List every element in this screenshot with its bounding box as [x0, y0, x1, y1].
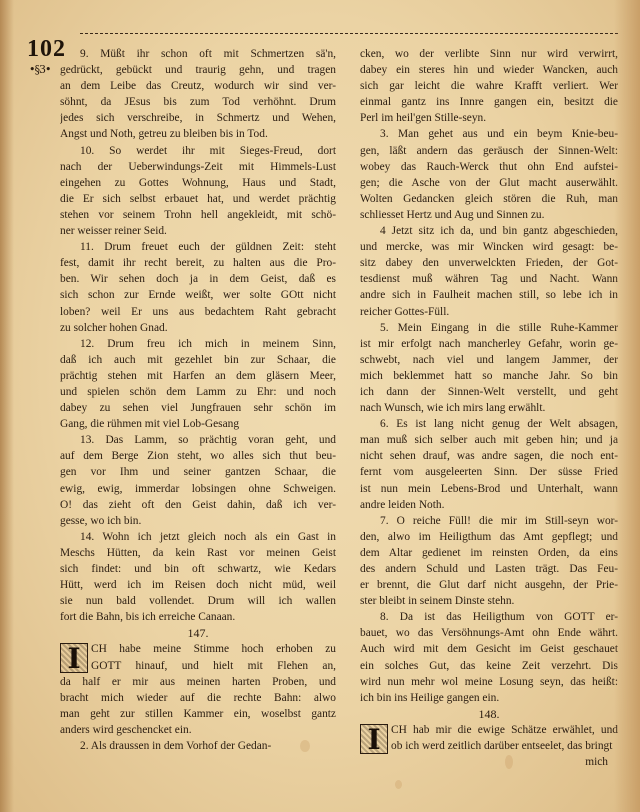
text-line: wobey das Rauch-Werck thut ohn End aufst… [360, 159, 618, 175]
text-line: Auch wird mit dem Gesicht im Geist gesch… [360, 641, 618, 657]
text-line: bauet, wo das Versöhnungs-Amt ohn Ende w… [360, 625, 618, 641]
text-line: und mercke, was mir Wincken wird gesagt:… [360, 239, 618, 255]
text-line: Hütt, werd ich im Reisen doch nicht müd,… [60, 577, 336, 593]
text-line: andre sich in Faulheit machen still, so … [360, 287, 618, 303]
text-line: zu solcher hohen Gnad. [60, 320, 336, 336]
text-line: cken, wo der verlibte Sinn nur wird verw… [360, 46, 618, 62]
text-line: söhnt, da JEsus bis zum Tod verhöhnt. Dr… [60, 94, 336, 110]
left-column: 9. Müßt ihr schon oft mit Schmertzen sä'… [60, 46, 336, 754]
text-line: gen vor Ihm und seiner gantzen Schaar, d… [60, 464, 336, 480]
text-line: des andern Schuld und Lasten trägt. Das … [360, 561, 618, 577]
verse-start-line: 10. So werdet ihr mit Sieges-Freud, dort [60, 143, 336, 159]
text-line: da half er mir aus meinen harten Proben,… [60, 674, 336, 690]
text-line: mich beklemmet hatt so manche Jahr. So b… [360, 368, 618, 384]
text-line: sich findet: und bin oft schwartz, wie K… [60, 561, 336, 577]
text-line: den, alwo im Heiligthum das Amt gepflegt… [360, 529, 618, 545]
text-line: dabey ein steres hin und wieder Wancken,… [360, 62, 618, 78]
text-line: an dem Leibe das Creutz, wodurch wir sin… [60, 78, 336, 94]
text-line: Angst und Noth, getreu zu bleiben bis in… [60, 126, 336, 142]
text-line: man muß sich selber auch mit geben hin; … [360, 432, 618, 448]
text-line: ein solches Gut, das keine Zeit verzehrt… [360, 658, 618, 674]
verse-start-line: 3. Man gehet aus und ein beym Knie-beu- [360, 126, 618, 142]
text-line: 2. Als draussen in dem Vorhof der Gedan- [60, 738, 336, 754]
text-line: Perl im heil'gen Stille-seyn. [360, 110, 618, 126]
right-column: cken, wo der verlibte Sinn nur wird verw… [360, 46, 618, 770]
text-line: auf dem Berge Zion steht, wo alles sich … [60, 448, 336, 464]
text-line: reicher Gottes-Füll. [360, 304, 618, 320]
text-line: man geht zur stillen Kammer ein, woselbs… [60, 706, 336, 722]
text-line: anders wird geschencket ein. [60, 722, 336, 738]
text-line: gesse, wo ich bin. [60, 513, 336, 529]
text-line: ich bin ins Heilige gangen ein. [360, 690, 618, 706]
text-line: O! das zieht oft den Geist dahin, daß ic… [60, 497, 336, 513]
text-line: sitz dabey den unverwelckten Frieden, de… [360, 255, 618, 271]
text-line: schliesset Hertz und Aug und Sinnen zu. [360, 207, 618, 223]
catchword: mich [360, 754, 618, 770]
verse-start-line: 13. Das Lamm, so prächtig voran geht, un… [60, 432, 336, 448]
text-line: gen; die Asche von der Glut macht auserw… [360, 175, 618, 191]
text-line: prächtig stehen mit Harfen an dem gläser… [60, 368, 336, 384]
book-page: 102 •§3• 9. Müßt ihr schon oft mit Schme… [0, 0, 640, 812]
hymn-first-line: CH habe meine Stimme hoch erhoben zu [91, 641, 336, 657]
verse-start-line: 6. Es ist lang nicht genug der Welt absa… [360, 416, 618, 432]
text-line: bracht mich wieder auf die rechte Bahn: … [60, 690, 336, 706]
text-line: sie nun bald vollendet. Drum will ich wa… [60, 593, 336, 609]
text-line: schwebt, nach viel und langem Jammer, de… [360, 352, 618, 368]
text-line: sich gar leicht die wahre Krafft verlier… [360, 78, 618, 94]
ornament-icon: •§3• [29, 63, 50, 76]
text-line: gen, läßt andern das geräusch der Sinnen… [360, 143, 618, 159]
text-line: gedrückt, gebückt und traurig gehn, und … [60, 62, 336, 78]
verse-start-line: 8. Da ist das Heiligthum von GOTT er- [360, 609, 618, 625]
hymn-number: 148. [360, 706, 618, 722]
verse-start-line: 4 Jetzt sitz ich da, und bin gantz abges… [360, 223, 618, 239]
text-line: loben? weil Er uns aus bedachtem Raht ge… [60, 304, 336, 320]
text-line: ster bleibt in seinem Dinste stehn. [360, 593, 618, 609]
text-line: fest, damit ihr recht bereit, zu halten … [60, 255, 336, 271]
text-line: tesdienst muß währen Tag und Nacht. Wann [360, 271, 618, 287]
verse-start-line: 5. Mein Eingang in die stille Ruhe-Kamme… [360, 320, 618, 336]
verse-start-line: 9. Müßt ihr schon oft mit Schmertzen sä'… [60, 46, 336, 62]
text-line: ist mir erfolgt nach mancherley Gefahr, … [360, 336, 618, 352]
text-line: fernt vom ausgeleerten Sinn. Der süsse F… [360, 464, 618, 480]
text-line: ewig, ewig, immerdar lobsingen ohne Schw… [60, 481, 336, 497]
verse-start-line: 7. O reiche Füll! die mir im Still-seyn … [360, 513, 618, 529]
text-line: er brennt, die Glut darf nicht ausgehn, … [360, 577, 618, 593]
text-line: sich schon zur Ernde weißt, wer solte GO… [60, 287, 336, 303]
text-line: fort die Bahn, bis ich erreiche Canaan. [60, 609, 336, 625]
decorated-initial-icon: I [360, 724, 388, 754]
verse-start-line: 12. Drum freu ich mich in meinem Sinn, [60, 336, 336, 352]
decorated-initial-icon: I [60, 643, 88, 673]
text-line: andre leiden Noth. [360, 497, 618, 513]
text-line: ist nun mein Lebens-Brod und Unterhalt, … [360, 481, 618, 497]
text-line: ich dann der Sinnen-Welt verstellt, und … [360, 384, 618, 400]
text-line: nach Wunsch, wie ich mirs lang erwählt. [360, 400, 618, 416]
hymn-number: 147. [60, 625, 336, 641]
paper-stain [395, 780, 402, 789]
text-line: die Er sich selbst erbauet hat, und werd… [60, 191, 336, 207]
text-line: nicht sehen drauf, was andre sagen, die … [360, 448, 618, 464]
text-line: und spielen schön dem Lamm zu Ehr: und n… [60, 384, 336, 400]
header-rule [80, 33, 618, 34]
verse-start-line: 14. Wohn ich jetzt gleich noch als ein G… [60, 529, 336, 545]
text-line: ben. Wir sehen doch ja in dem Geist, daß… [60, 271, 336, 287]
text-line: nach der Ueberwindungs-Zeit mit Himmels-… [60, 159, 336, 175]
text-line: eingehen zu Gottes Wohnung, Haus und Sta… [60, 175, 336, 191]
text-line: einmal gantz ins Innre gangen ein, besit… [360, 94, 618, 110]
text-line: dabey zu sehen viel Jungfrauen sehr schö… [60, 400, 336, 416]
hymn-first-line: CH hab mir die ewige Schätze erwählet, u… [391, 722, 618, 738]
text-line: GOTT hinauf, und hielt mit Flehen an, [91, 658, 336, 674]
text-line: stehen vor seinem Trohn hell angekleidt,… [60, 207, 336, 223]
text-line: Meschs Hütten, da kein Rast vor meinen G… [60, 545, 336, 561]
text-line: dem Altar gedienet im reinsten Orden, da… [360, 545, 618, 561]
text-line: jedes sich verschreibe, in Schmertz und … [60, 110, 336, 126]
text-line: Gang, die rühmen mit viel Lob-Gesang [60, 416, 336, 432]
verse-start-line: 11. Drum freuet euch der güldnen Zeit: s… [60, 239, 336, 255]
text-line: wird nun mehr wol meine Losung seyn, das… [360, 674, 618, 690]
text-line: ob ich werd zeitlich darüber entseelet, … [391, 738, 618, 754]
text-line: Wolten Gedancken gleich stören die Ruh, … [360, 191, 618, 207]
text-line: ner weisser reiner Seid. [60, 223, 336, 239]
text-line: daß ich auch mit gezehlet bin zur Schaar… [60, 352, 336, 368]
